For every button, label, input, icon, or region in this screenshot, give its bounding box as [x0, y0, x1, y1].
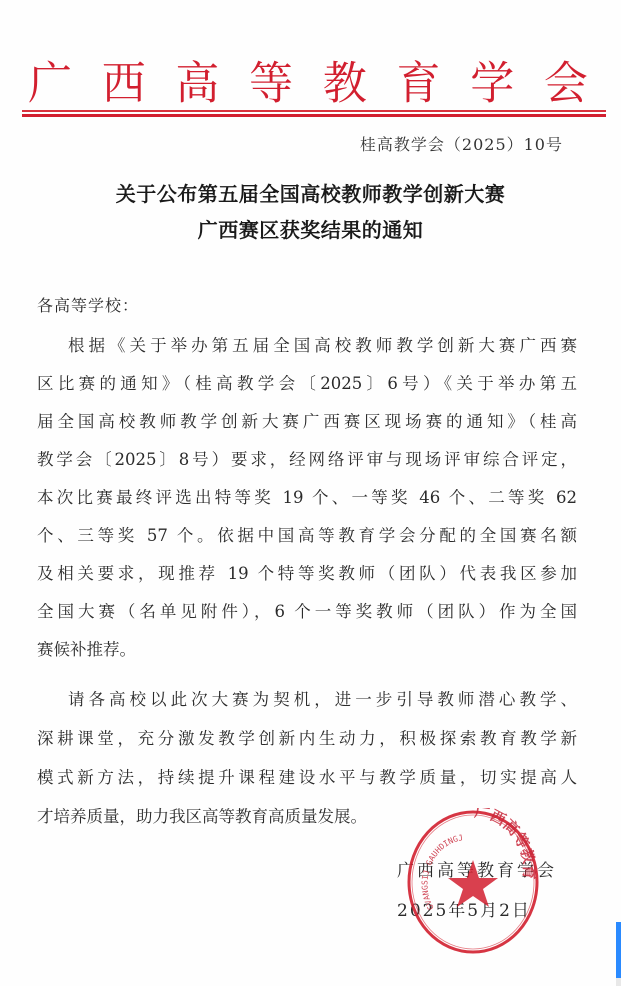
letterhead-char: 会	[544, 57, 588, 110]
paragraph-1-line: 本次比赛最终评选出特等奖 19 个、一等奖 46 个、二等奖 62	[37, 488, 577, 508]
paragraph-2-line: 请各高校以此次大赛为契机，进一步引导教师潜心教学、	[68, 690, 577, 710]
side-scroll-handle[interactable]	[616, 922, 621, 978]
letterhead-char: 西	[102, 57, 146, 110]
letterhead-char: 育	[397, 57, 441, 110]
signature-date: 2025年5月2日	[397, 896, 531, 921]
document-page: 广 西 高 等 教 育 学 会 桂高教学会（2025）10号 关于公布第五届全国…	[0, 0, 621, 986]
paragraph-1-line: 届全国高校教师教学创新大赛广西赛区现场赛的通知》（桂高	[37, 412, 577, 432]
letterhead-divider-thin	[22, 110, 606, 112]
paragraph-1-line: 及相关要求，现推荐 19 个特等奖教师（团队）代表我区参加	[37, 564, 577, 584]
salutation: 各高等学校：	[37, 293, 139, 316]
letterhead-char: 教	[323, 57, 367, 110]
paragraph-1-line: 区比赛的通知》（桂高教学会〔2025〕6号）《关于举办第五	[37, 374, 577, 394]
side-scroll-track-end	[616, 978, 621, 986]
official-seal-icon: 广西高等教育学会 GVANGSIJ GAUHDINGJ BAUSIYUZ HOZ…	[404, 808, 542, 956]
paragraph-1-line: 教学会〔2025〕8号）要求，经网络评审与现场评审综合评定，	[37, 450, 577, 470]
org-letterhead: 广 西 高 等 教 育 学 会	[28, 58, 588, 110]
paragraph-2-line: 才培养质量，助力我区高等教育高质量发展。	[37, 807, 577, 827]
letterhead-divider-thick	[22, 114, 606, 117]
paragraph-2-line: 深耕课堂，充分激发教学创新内生动力，积极探索教育教学新	[37, 729, 577, 749]
notice-title-line-2: 广西赛区获奖结果的通知	[0, 214, 621, 243]
paragraph-2-line: 模式新方法，持续提升课程建设水平与教学质量，切实提高人	[37, 768, 577, 788]
paragraph-1-line: 赛候补推荐。	[37, 640, 577, 660]
document-number: 桂高教学会（2025）10号	[360, 132, 563, 155]
letterhead-char: 等	[249, 57, 293, 110]
paragraph-1-line: 全国大赛（名单见附件），6 个一等奖教师（团队）作为全国	[37, 602, 577, 622]
paragraph-1-line: 根据《关于举办第五届全国高校教师教学创新大赛广西赛	[68, 336, 577, 356]
paragraph-1-line: 个、三等奖 57 个。依据中国高等教育学会分配的全国赛名额	[37, 526, 577, 546]
letterhead-char: 学	[470, 57, 514, 110]
notice-title-line-1: 关于公布第五届全国高校教师教学创新大赛	[0, 178, 621, 207]
letterhead-char: 广	[28, 57, 72, 110]
letterhead-char: 高	[175, 57, 219, 110]
signature-organization: 广西高等教育学会	[397, 856, 557, 881]
